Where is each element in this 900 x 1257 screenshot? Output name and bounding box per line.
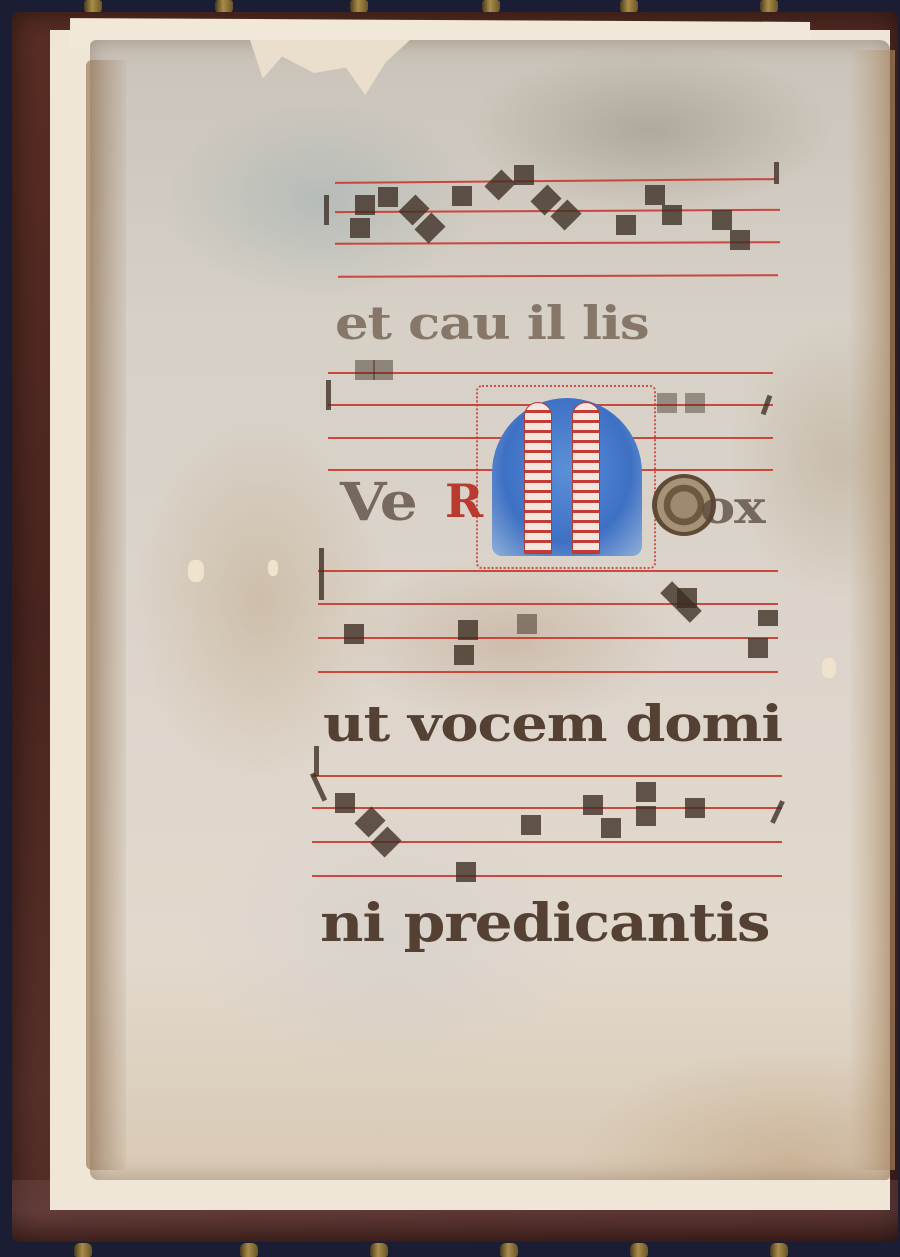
parchment-hole xyxy=(268,560,278,576)
neume xyxy=(758,610,778,626)
neume xyxy=(378,187,398,207)
brass-pin-icon xyxy=(74,1243,92,1257)
neume xyxy=(324,195,329,225)
neume xyxy=(712,210,732,230)
brass-pin-icon xyxy=(370,1243,388,1257)
neume xyxy=(601,818,621,838)
neume xyxy=(344,624,364,644)
staff-line xyxy=(312,875,782,877)
neume xyxy=(748,638,768,658)
neume xyxy=(319,548,324,578)
neume xyxy=(314,746,319,776)
neume xyxy=(452,186,472,206)
neume xyxy=(774,162,779,184)
staff-line xyxy=(318,671,778,673)
neume xyxy=(616,215,636,235)
neume xyxy=(335,793,355,813)
initial-letter-text: M xyxy=(502,392,678,564)
staff-line xyxy=(312,807,782,809)
neume xyxy=(517,614,537,634)
staff-line xyxy=(318,603,778,605)
neume xyxy=(685,798,705,818)
lyric-line-2-left: Ve xyxy=(340,472,417,533)
leaf-right-edge xyxy=(850,50,895,1170)
parchment-hole xyxy=(822,658,836,678)
staff-line xyxy=(318,570,778,572)
lyric-line-2-right: ox xyxy=(700,480,765,534)
lyric-line-1: et cau il lis xyxy=(335,296,649,350)
rubric-respond-sign: R xyxy=(445,474,483,528)
parchment-hole xyxy=(188,560,204,582)
staff-line xyxy=(312,775,782,777)
neume xyxy=(645,185,665,205)
staff-line xyxy=(328,372,773,374)
neume xyxy=(355,195,375,215)
neume xyxy=(319,578,324,600)
lyric-line-3: ut vocem domi xyxy=(323,694,782,753)
neume xyxy=(521,815,541,835)
neume xyxy=(636,806,656,826)
neume xyxy=(456,862,476,882)
neume xyxy=(685,393,705,413)
brass-pin-icon xyxy=(770,1243,788,1257)
neume xyxy=(355,360,375,380)
neume xyxy=(350,218,370,238)
lyric-line-4: ni predicantis xyxy=(320,893,769,954)
neume xyxy=(583,795,603,815)
neume xyxy=(458,620,478,640)
brass-pin-icon xyxy=(500,1243,518,1257)
brass-pin-icon xyxy=(630,1243,648,1257)
leaf-left-edge xyxy=(86,60,126,1170)
staff-line xyxy=(318,637,778,639)
neume xyxy=(373,360,393,380)
neume xyxy=(636,782,656,802)
neume xyxy=(326,380,331,410)
neume xyxy=(662,205,682,225)
neume xyxy=(514,165,534,185)
neume xyxy=(454,645,474,665)
neume xyxy=(677,588,697,608)
neume xyxy=(730,230,750,250)
brass-pin-icon xyxy=(240,1243,258,1257)
